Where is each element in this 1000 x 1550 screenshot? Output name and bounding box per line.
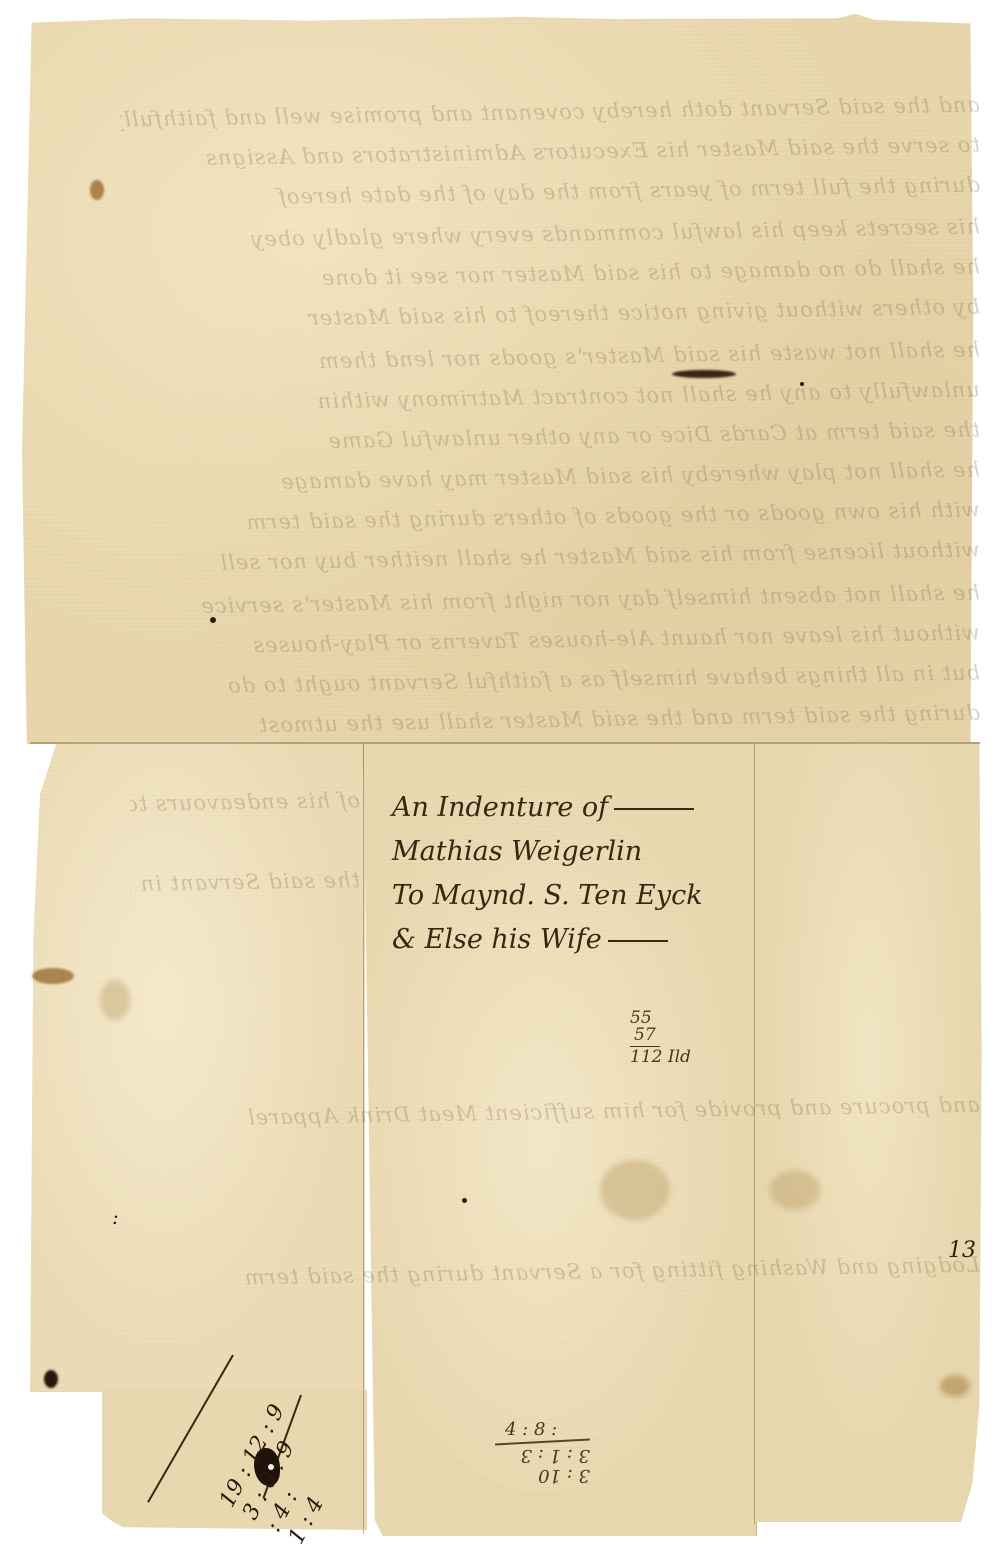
faint-water-stain xyxy=(600,1160,670,1220)
faint-water-stain xyxy=(100,980,130,1020)
horizontal-fold-line xyxy=(30,742,980,744)
tally-line-inverted: 3 : 1 : 3 xyxy=(505,1445,590,1465)
docket-line: An Indenture of xyxy=(392,786,752,830)
docket-line-text: An Indenture of xyxy=(392,792,608,823)
docket-flourish xyxy=(608,940,668,942)
ink-dot-stain xyxy=(462,1198,467,1203)
tally-line: 4 : 8 : xyxy=(505,1420,590,1440)
brown-spot-stain xyxy=(32,968,74,984)
docket-line: Mathias Weigerlin xyxy=(392,830,752,874)
lower-left-fold-panel xyxy=(30,742,365,1392)
ink-dot-stain xyxy=(210,617,216,623)
left-vertical-fold-line xyxy=(363,744,364,1534)
brown-spot-stain xyxy=(90,180,104,200)
dark-spot-stain xyxy=(44,1370,58,1388)
reference-number-bottom: 112 Ild xyxy=(630,1047,691,1067)
faint-water-stain xyxy=(770,1170,820,1210)
docket-flourish xyxy=(614,808,694,810)
bottom-tally-sum: 4 : 8 : 3 : 1 : 3 3 : 10 xyxy=(505,1420,590,1485)
docket-line: & Else his Wife xyxy=(392,918,752,962)
reference-number: 55 57 112 Ild xyxy=(630,1010,691,1066)
docket-title: An Indenture of Mathias Weigerlin To May… xyxy=(392,786,752,962)
edge-mark: 13 xyxy=(948,1238,976,1263)
lower-right-fold-panel xyxy=(754,742,984,1522)
docket-line: To Maynd. S. Ten Eyck xyxy=(392,874,752,918)
reference-number-middle: 57 xyxy=(634,1027,691,1044)
docket-line-text: & Else his Wife xyxy=(392,924,602,955)
tally-line-inverted: 3 : 10 xyxy=(505,1465,590,1485)
ink-dot-stain xyxy=(800,382,804,386)
margin-mark: : xyxy=(112,1205,119,1229)
right-vertical-fold-line xyxy=(754,744,755,1524)
bleed-through-line: of his endeavours to teach or cause to b… xyxy=(130,788,360,816)
brown-spot-stain xyxy=(940,1375,970,1397)
bleed-through-line: the said Servant in the trade or mystery… xyxy=(130,868,360,896)
ink-smear-stain xyxy=(672,370,736,378)
